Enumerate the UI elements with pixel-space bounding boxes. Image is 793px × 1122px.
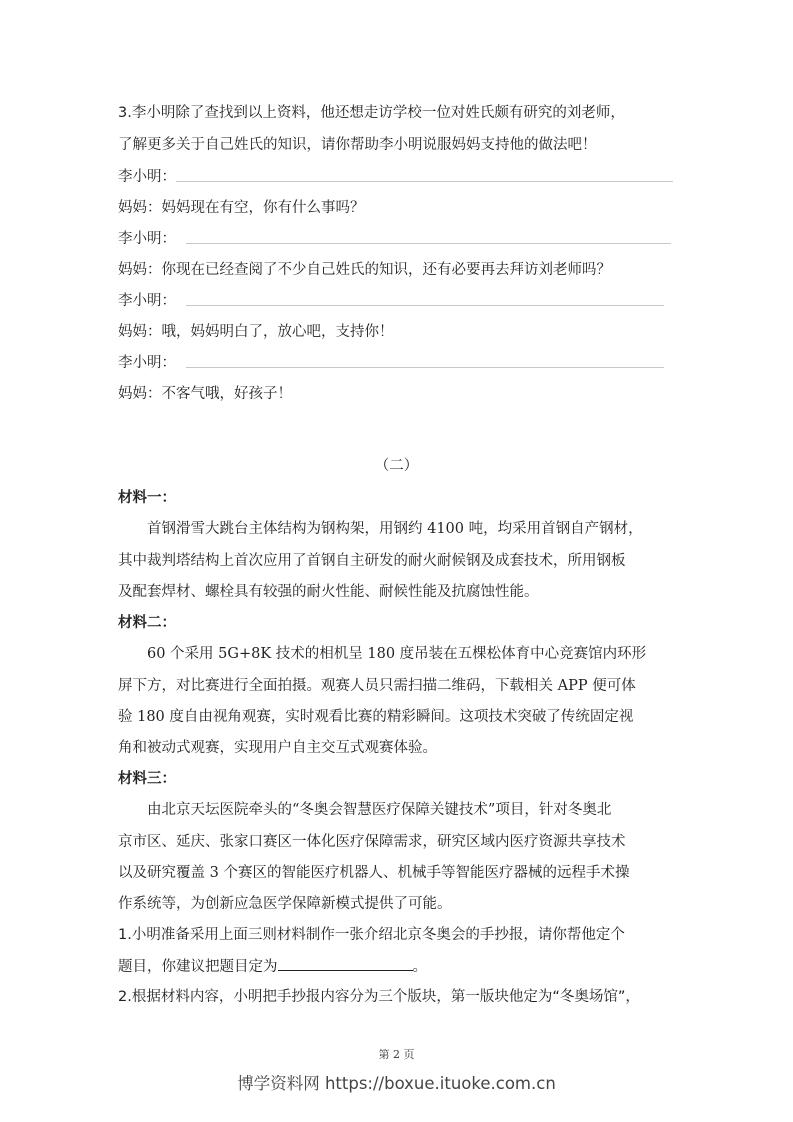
dialogue-line-2: 妈妈：妈妈现在有空，你有什么事吗？ [118, 198, 365, 218]
dialogue-speaker-7: 李小明： [118, 353, 176, 373]
material-3-line-2: 京市区、延庆、张家口赛区一体化医疗保障需求，研究区域内医疗资源共享技术 [118, 832, 626, 852]
material-3-line-1: 由北京天坛医院牵头的“冬奥会智慧医疗保障关键技术”项目，针对冬奥北 [147, 800, 611, 820]
title-answer-blank[interactable] [278, 956, 413, 971]
dialogue-speaker-4: 妈妈： [118, 262, 162, 278]
question3-line1: 3.李小明除了查找到以上资料，他还想走访学校一位对姓氏颇有研究的刘老师， [118, 103, 625, 123]
dialogue-speaker-5: 李小明： [118, 291, 176, 311]
answer-blank-3[interactable] [186, 305, 664, 306]
question2-line1: 2.根据材料内容，小明把手抄报内容分为三个版块，第一版块他定为“冬奥场馆”， [118, 987, 640, 1007]
material-1-title: 材料一： [118, 488, 176, 508]
material-2-line-3: 验 180 度自由视角观赛，实时观看比赛的精彩瞬间。这项技术突破了传统固定视 [118, 707, 633, 727]
dialogue-text-8: 不客气哦，好孩子！ [162, 386, 293, 402]
material-2-title: 材料二： [118, 613, 176, 633]
material-2-line-2: 屏下方，对比赛进行全面拍摄。观赛人员只需扫描二维码，下载相关 APP 便可体 [118, 676, 636, 696]
dialogue-speaker-3: 李小明： [118, 229, 176, 249]
dialogue-speaker-6: 妈妈： [118, 324, 162, 340]
material-1-line-2: 其中裁判塔结构上首次应用了首钢自主研发的耐火耐候钢及成套技术，所用钢板 [118, 551, 626, 571]
material-1-line-1: 首钢滑雪大跳台主体结构为钢构架，用钢约 4100 吨，均采用首钢自产钢材， [147, 519, 643, 539]
question1-suffix: 。 [413, 959, 428, 975]
dialogue-speaker-1: 李小明： [118, 167, 176, 187]
dialogue-line-6: 妈妈：哦，妈妈明白了，放心吧，支持你！ [118, 322, 394, 342]
question1-line1: 1.小明准备采用上面三则材料制作一张介绍北京冬奥会的手抄报，请你帮他定个 [118, 925, 625, 945]
dialogue-speaker-2: 妈妈： [118, 200, 162, 216]
dialogue-text-6: 哦，妈妈明白了，放心吧，支持你！ [162, 324, 394, 340]
material-2-line-1: 60 个采用 5G+8K 技术的相机呈 180 度吊装在五棵松体育中心竞赛馆内环… [147, 644, 646, 664]
answer-blank-1[interactable] [176, 181, 673, 182]
dialogue-line-4: 妈妈：你现在已经查阅了不少自己姓氏的知识，还有必要再去拜访刘老师吗？ [118, 260, 611, 280]
question1-line2: 题目，你建议把题目定为。 [118, 956, 427, 977]
dialogue-line-8: 妈妈：不客气哦，好孩子！ [118, 384, 292, 404]
material-1-line-3: 及配套焊材、螺栓具有较强的耐火性能、耐候性能及抗腐蚀性能。 [118, 582, 539, 602]
question1-prefix: 题目，你建议把题目定为 [118, 959, 278, 975]
page-number: 第 2 页 [0, 1046, 793, 1062]
question3-line2: 了解更多关于自己姓氏的知识，请你帮助李小明说服妈妈支持他的做法吧！ [118, 135, 597, 155]
answer-blank-2[interactable] [186, 243, 671, 244]
material-3-line-3: 以及研究覆盖 3 个赛区的智能医疗机器人、机械手等智能医疗器械的远程手术操 [118, 863, 629, 883]
dialogue-speaker-8: 妈妈： [118, 386, 162, 402]
section-heading: （二） [0, 456, 793, 476]
material-3-title: 材料三： [118, 769, 176, 789]
material-3-line-4: 作系统等，为创新应急医学保障新模式提供了可能。 [118, 894, 452, 914]
answer-blank-4[interactable] [186, 367, 664, 368]
dialogue-text-2: 妈妈现在有空，你有什么事吗？ [162, 200, 365, 216]
watermark: 博学资料网 https://boxue.ituoke.com.cn [0, 1070, 793, 1094]
dialogue-text-4: 你现在已经查阅了不少自己姓氏的知识，还有必要再去拜访刘老师吗？ [162, 262, 612, 278]
material-2-line-4: 角和被动式观赛，实现用户自主交互式观赛体验。 [118, 738, 437, 758]
